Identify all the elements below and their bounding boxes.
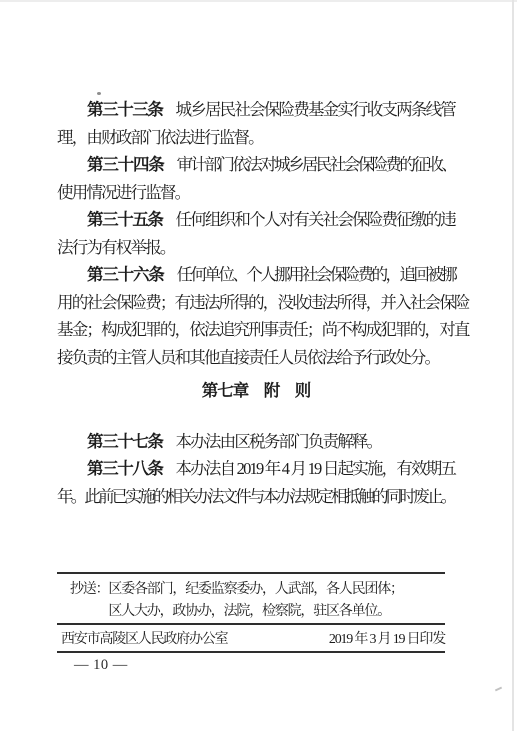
article-text: 法行为有权举报。 xyxy=(57,238,175,257)
article-body: 第三十三条城乡居民社会保险费基金实行收支两条线管理，由财政部门依法进行监督。第三… xyxy=(57,96,455,510)
scan-edge-right xyxy=(512,0,514,731)
cc-block: 抄送： 区委各部门，纪委监察委办，人武部，各人民团体； 区人大办，政协办，法院，… xyxy=(57,572,445,623)
article-text: 年。此前已实施的相关办法文件与本办法规定相抵触的同时废止。 xyxy=(57,487,454,506)
body-text-line: 第三十八条本办法自 2019 年 4 月 19 日起实施，有效期五 xyxy=(57,455,455,483)
cc-line-1: 区委各部门，纪委监察委办，人武部，各人民团体； xyxy=(108,579,445,601)
body-text-line: 第三十三条城乡居民社会保险费基金实行收支两条线管 xyxy=(57,96,455,124)
cc-line-2: 区人大办，政协办，法院，检察院，驻区各单位。 xyxy=(108,601,445,623)
article-number: 第三十五条 xyxy=(87,210,163,229)
document-page: 第三十三条城乡居民社会保险费基金实行收支两条线管理，由财政部门依法进行监督。第三… xyxy=(0,0,517,731)
body-text-line: 第三十五条任何组织和个人对有关社会保险费征缴的违 xyxy=(57,206,455,234)
article-number: 第三十八条 xyxy=(87,459,163,478)
page-number: — 10 — xyxy=(57,653,445,674)
article-text: 城乡居民社会保险费基金实行收支两条线管 xyxy=(176,100,455,119)
scan-edge-top xyxy=(0,0,517,2)
article-number: 第三十七条 xyxy=(87,432,163,451)
article-text: 任何单位、个人挪用社会保险费的，追回被挪 xyxy=(177,265,455,284)
cc-recipients: 区委各部门，纪委监察委办，人武部，各人民团体； 区人大办，政协办，法院，检察院，… xyxy=(108,579,445,623)
issuer-row: 西安市高陵区人民政府办公室 2019 年 3 月 19 日印发 xyxy=(57,623,445,651)
body-text-line: 使用情况进行监督。 xyxy=(57,179,455,207)
body-text-lines: 第三十三条城乡居民社会保险费基金实行收支两条线管理，由财政部门依法进行监督。第三… xyxy=(57,96,455,371)
scan-speck xyxy=(495,687,502,692)
article-text: 理，由财政部门依法进行监督。 xyxy=(57,128,263,147)
body-text-line: 第三十六条任何单位、个人挪用社会保险费的，追回被挪 xyxy=(57,261,455,289)
body-text-line: 第三十四条审计部门依法对城乡居民社会保险费的征收、 xyxy=(57,151,455,179)
chapter-heading: 第七章 附 则 xyxy=(57,377,455,405)
article-text: 本办法由区税务部门负责解释。 xyxy=(176,432,382,451)
print-date: 2019 年 3 月 19 日印发 xyxy=(329,628,445,648)
article-text: 用的社会保险费；有违法所得的，没收违法所得，并入社会保险 xyxy=(57,293,469,312)
document-footer: 抄送： 区委各部门，纪委监察委办，人武部，各人民团体； 区人大办，政协办，法院，… xyxy=(57,572,445,674)
body-text-line: 接负责的主管人员和其他直接责任人员依法给予行政处分。 xyxy=(57,344,455,372)
body-text-line: 第三十七条本办法由区税务部门负责解释。 xyxy=(57,428,455,456)
body-text-line: 法行为有权举报。 xyxy=(57,234,455,262)
body-text-line: 年。此前已实施的相关办法文件与本办法规定相抵触的同时废止。 xyxy=(57,483,455,511)
article-text: 接负责的主管人员和其他直接责任人员依法给予行政处分。 xyxy=(57,348,439,367)
body-text-line: 理，由财政部门依法进行监督。 xyxy=(57,124,455,152)
body-text-line: 用的社会保险费；有违法所得的，没收违法所得，并入社会保险 xyxy=(57,289,455,317)
cc-label: 抄送： xyxy=(70,579,108,601)
article-text: 使用情况进行监督。 xyxy=(57,183,189,202)
scan-speck xyxy=(97,92,101,95)
article-text: 任何组织和个人对有关社会保险费征缴的违 xyxy=(176,210,455,229)
issuer-name: 西安市高陵区人民政府办公室 xyxy=(61,628,227,648)
article-number: 第三十三条 xyxy=(87,100,163,119)
article-number: 第三十六条 xyxy=(87,265,164,284)
body-text-line: 基金；构成犯罪的，依法追究刑事责任；尚不构成犯罪的，对直 xyxy=(57,316,455,344)
closing-text-lines: 第三十七条本办法由区税务部门负责解释。第三十八条本办法自 2019 年 4 月 … xyxy=(57,428,455,511)
article-text: 审计部门依法对城乡居民社会保险费的征收、 xyxy=(177,155,455,174)
article-text: 基金；构成犯罪的，依法追究刑事责任；尚不构成犯罪的，对直 xyxy=(57,320,469,339)
article-text: 本办法自 2019 年 4 月 19 日起实施，有效期五 xyxy=(176,459,456,478)
article-number: 第三十四条 xyxy=(87,155,164,174)
